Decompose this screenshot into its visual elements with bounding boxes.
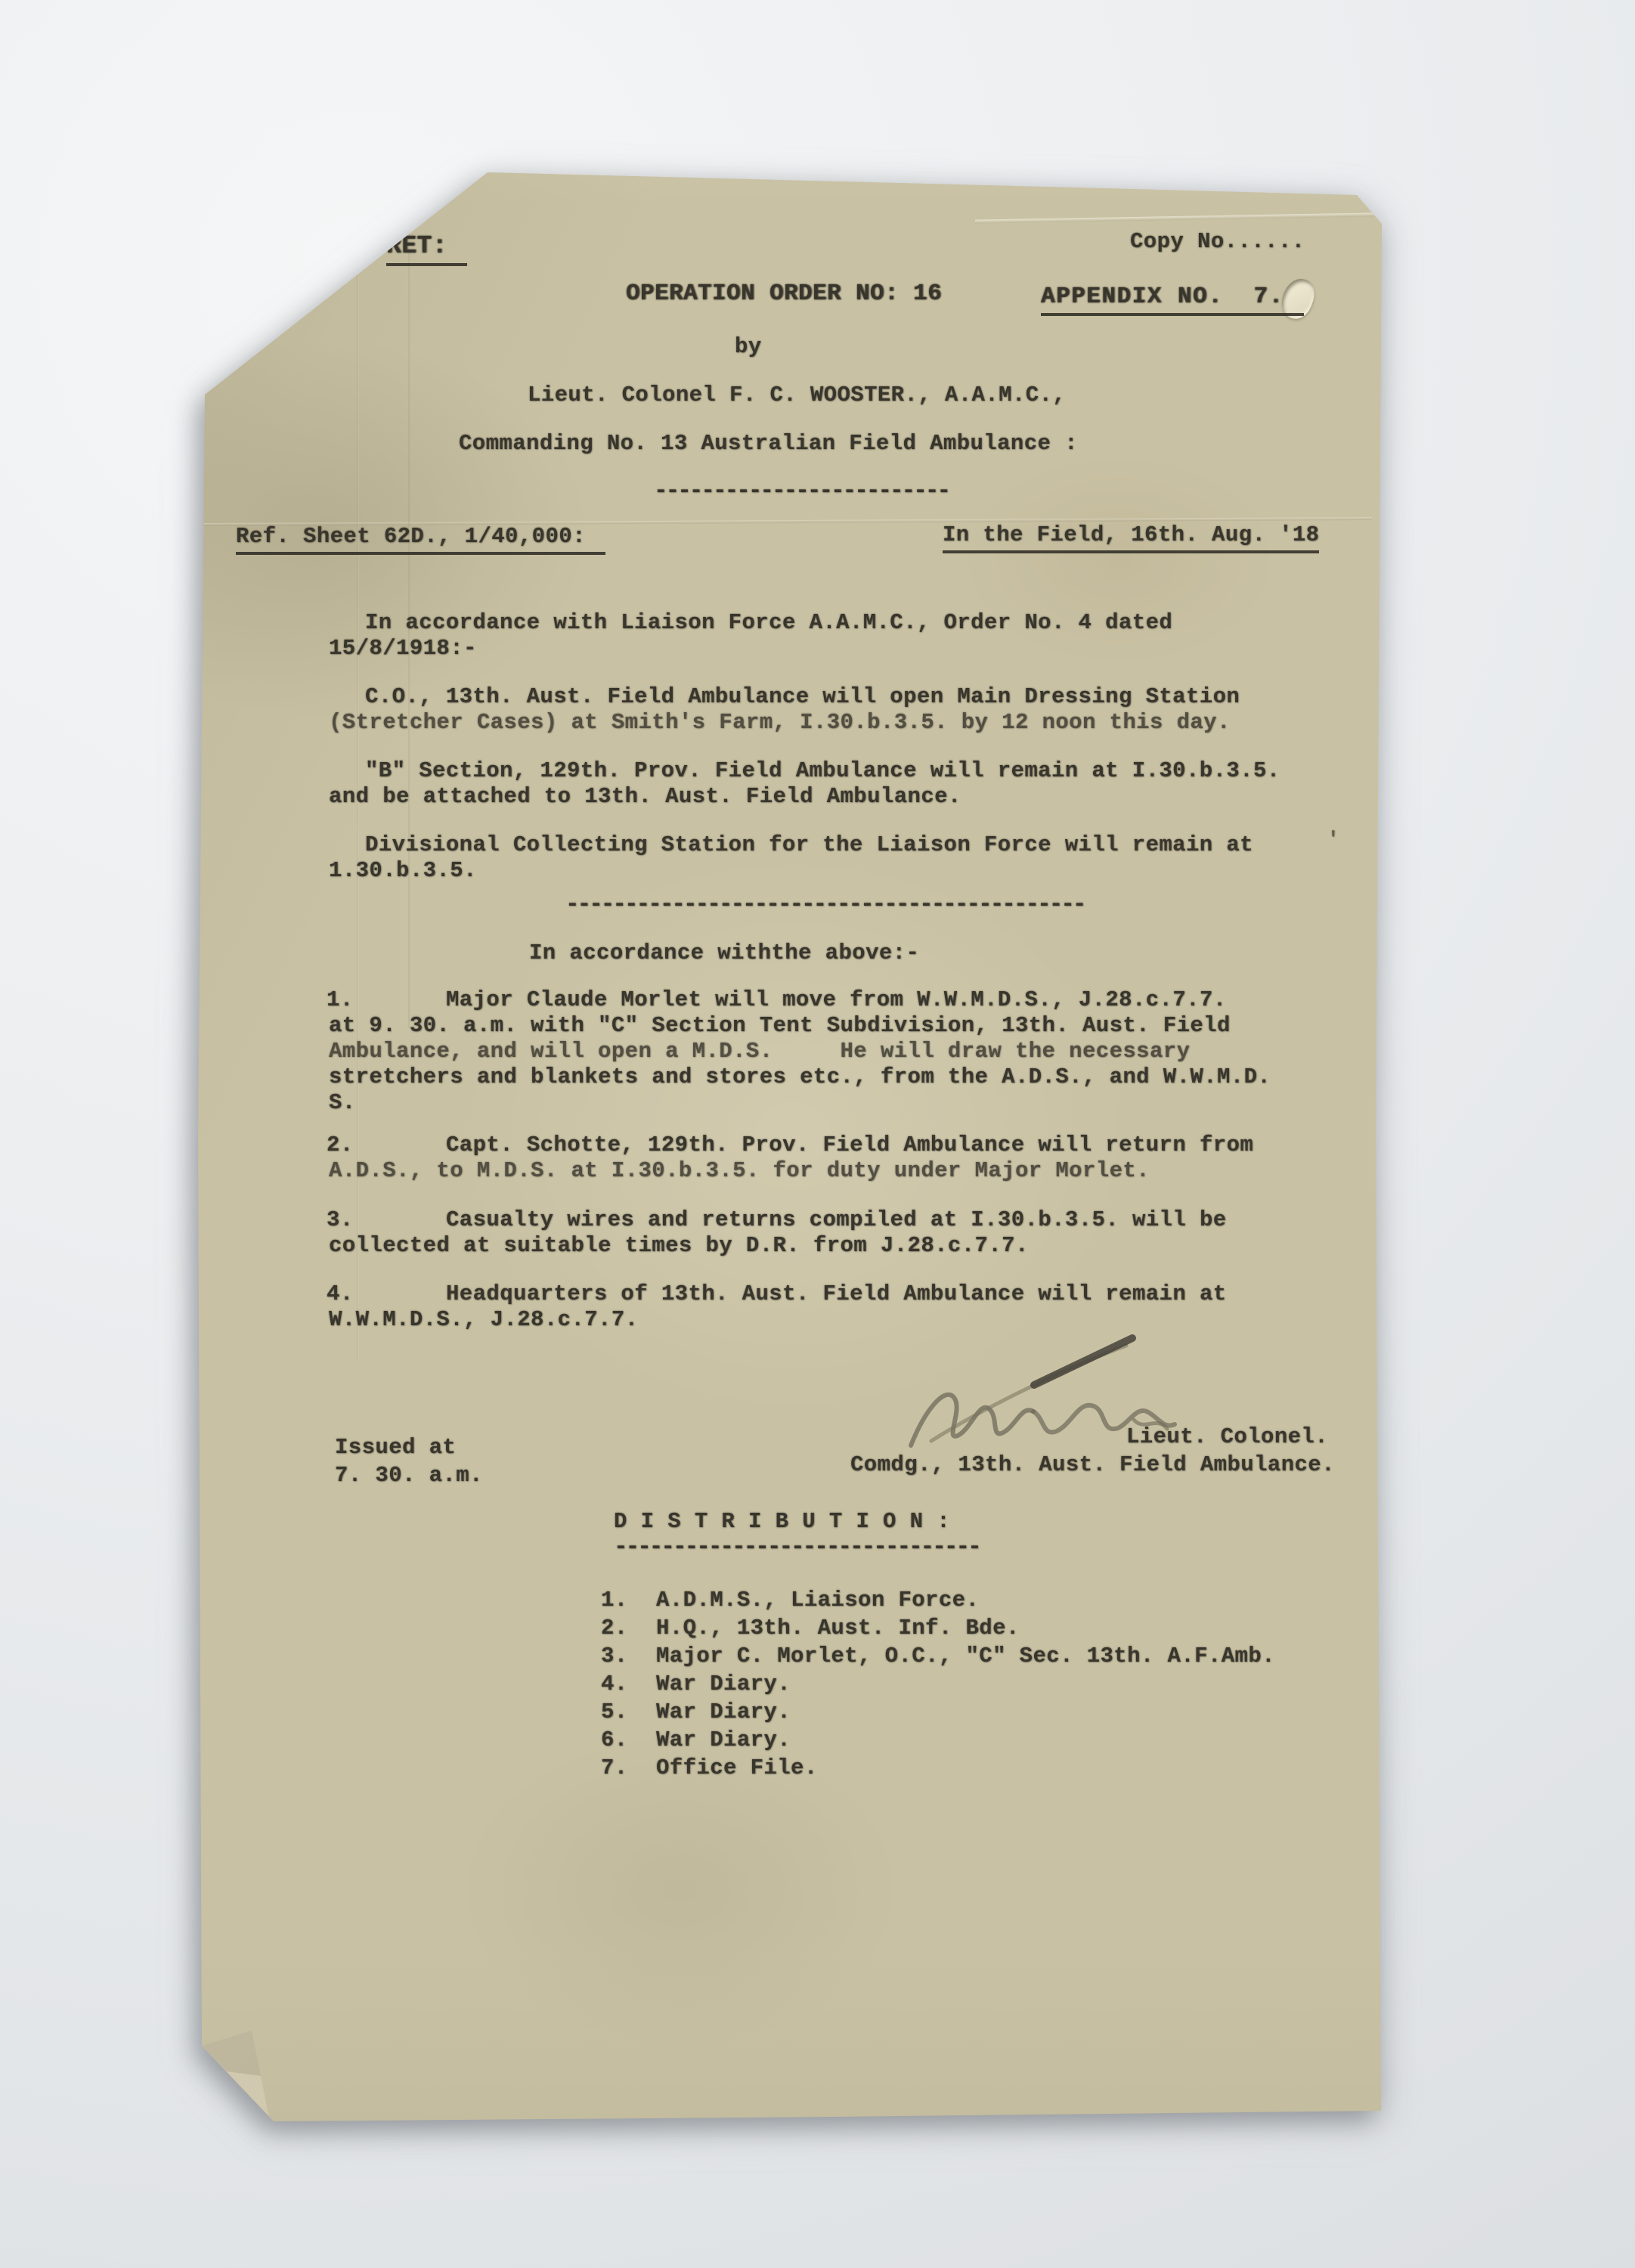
order-3-number: 3. [327,1207,354,1232]
place-date: In the Field, 16th. Aug. '18 [943,522,1319,547]
distribution-title: D I S T R I B U T I O N : [614,1509,950,1534]
order-2-line2: A.D.S., to M.D.S. at I.30.b.3.5. for dut… [329,1158,1150,1183]
order-1-line4: stretchers and blankets and stores etc.,… [329,1064,1271,1089]
dist-item-1-label: A.D.M.S., Liaison Force. [656,1588,979,1613]
dist-item-2-label: H.Q., 13th. Aust. Inf. Bde. [656,1616,1020,1641]
issued-time: 7. 30. a.m. [335,1463,483,1488]
order-2-line1: Capt. Schotte, 129th. Prov. Field Ambula… [446,1132,1253,1157]
dist-item-6-label: War Diary. [656,1727,791,1752]
document-paper: RET: Copy No...... OPERATION ORDER NO: 1… [0,0,1635,2268]
dist-item-2-number: 2. [601,1616,628,1641]
dist-item-7-label: Office File. [656,1755,818,1780]
author-line: Lieut. Colonel F. C. WOOSTER., A.A.M.C., [528,383,1066,407]
secret-text: RET: [386,232,467,266]
dist-item-5-label: War Diary. [656,1699,791,1724]
dist-item-4-number: 4. [601,1672,628,1696]
preamble-p4-line2: 1.30.b.3.5. [329,858,477,883]
order-2-number: 2. [327,1132,354,1157]
photo-background: RET: Copy No...... OPERATION ORDER NO: 1… [0,0,1635,2268]
order-1-line2: at 9. 30. a.m. with "C" Section Tent Sub… [329,1013,1231,1038]
dist-item-6-number: 6. [601,1727,628,1752]
appendix-text: APPENDIX NO. 7. [1041,283,1304,316]
preamble-p3-line1: "B" Section, 129th. Prov. Field Ambulanc… [365,758,1280,783]
appendix-number: APPENDIX NO. 7. [1041,284,1304,309]
dist-item-1-number: 1. [601,1588,628,1613]
dist-item-3-number: 3. [601,1644,628,1668]
copy-number-line: Copy No...... [1130,229,1305,254]
order-1-number: 1. [327,987,354,1012]
map-reference: Ref. Sheet 62D., 1/40,000: [236,524,605,549]
order-3-line2: collected at suitable times by D.R. from… [329,1233,1029,1258]
order-1-line1: Major Claude Morlet will move from W.W.M… [446,987,1227,1012]
dist-item-4-label: War Diary. [656,1672,791,1696]
order-3-line1: Casualty wires and returns compiled at I… [446,1207,1227,1232]
issued-at-label: Issued at [335,1435,456,1460]
signoff-rank: Lieut. Colonel. [1126,1424,1328,1449]
preamble-p1-line1: In accordance with Liaison Force A.A.M.C… [365,610,1172,635]
dist-item-3-label: Major C. Morlet, O.C., "C" Sec. 13th. A.… [656,1644,1275,1668]
order-4-line1: Headquarters of 13th. Aust. Field Ambula… [446,1281,1227,1306]
preamble-p4-line1: Divisional Collecting Station for the Li… [365,832,1253,857]
paper-shadow-wrap: RET: Copy No...... OPERATION ORDER NO: 1… [0,0,1635,2268]
dist-item-7-number: 7. [601,1755,628,1780]
document-title: OPERATION ORDER NO: 16 [626,281,942,306]
section-heading: In accordance withthe above:- [529,940,919,965]
secret-stamp-partial: RET: [386,234,467,259]
order-4-line2: W.W.M.D.S., J.28.c.7.7. [329,1307,638,1332]
preamble-p2-line1: C.O., 13th. Aust. Field Ambulance will o… [365,684,1240,709]
commanding-line: Commanding No. 13 Australian Field Ambul… [459,431,1078,456]
preamble-p3-line2: and be attached to 13th. Aust. Field Amb… [329,784,961,809]
preamble-p2-line2: (Stretcher Cases) at Smith's Farm, I.30.… [329,710,1231,735]
order-1-line3: Ambulance, and will open a M.D.S. He wil… [329,1039,1190,1064]
stray-pen-mark: ' [1327,827,1339,852]
distribution-underline: ------------------------------- [614,1535,980,1560]
mid-divider: ----------------------------------------… [565,892,1085,917]
header-divider: ------------------------- [654,479,949,503]
signoff-unit: Comdg., 13th. Aust. Field Ambulance. [850,1452,1335,1477]
order-4-number: 4. [327,1281,354,1306]
top-right-crease [975,212,1376,223]
preamble-p1-line2: 15/8/1918:- [329,636,477,661]
dist-item-5-number: 5. [601,1699,628,1724]
by-line: by [735,334,762,359]
order-1-line5: S. [329,1090,356,1115]
